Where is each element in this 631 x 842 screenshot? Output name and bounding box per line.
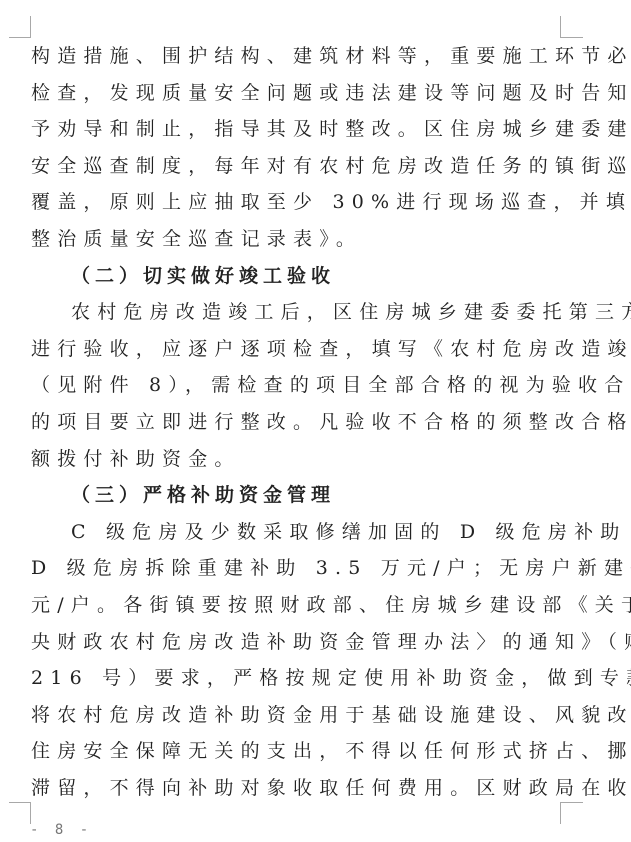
document-body: 构造措施、围护结构、建筑材料等，重要施工环节必须实行现场 检查，发现质量安全问题… (31, 38, 559, 806)
section-heading-acceptance: （二）切实做好竣工验收 (31, 258, 559, 295)
corner-mark-bottom-left (9, 802, 31, 824)
paragraph-line: 检查，发现质量安全问题或违法建设等问题及时告知农户，并给 (31, 75, 559, 112)
paragraph-line: 滞留，不得向补助对象收取任何费用。区财政局在收到拨付资金 (31, 770, 559, 807)
paragraph-line: D 级危房拆除重建补助 3.5 万元/户；无房户新建住房补助 3.5 万 (31, 550, 559, 587)
paragraph-line: 元/户。各街镇要按照财政部、住房城乡建设部《关于印发〈中 (31, 587, 559, 624)
paragraph-line: 额拨付补助资金。 (31, 441, 559, 478)
paragraph-line: 216 号）要求，严格按规定使用补助资金，做到专款专用，不得 (31, 660, 559, 697)
paragraph-line: 予劝导和制止，指导其及时整改。区住房城乡建委建立现场质量 (31, 111, 559, 148)
paragraph-line: 覆盖，原则上应抽取至少 30%进行现场巡查，并填写《农村危房 (31, 184, 559, 221)
paragraph-line: 整治质量安全巡查记录表》。 (31, 221, 559, 258)
paragraph-line: 进行验收，应逐户逐项检查，填写《农村危房改造竣工验收表》 (31, 331, 559, 368)
paragraph-line: 将农村危房改造补助资金用于基础设施建设、风貌改造等与基本 (31, 697, 559, 734)
paragraph-line: （见附件 8），需检查的项目全部合格的视为验收合格，不合格 (31, 367, 559, 404)
page-number: - 8 - (30, 822, 92, 838)
paragraph-line: 构造措施、围护结构、建筑材料等，重要施工环节必须实行现场 (31, 38, 559, 75)
paragraph-line: C 级危房及少数采取修缮加固的 D 级危房补助 0.75 万元/户； (31, 514, 559, 551)
section-heading-funds: （三）严格补助资金管理 (31, 477, 559, 514)
paragraph-line: 的项目要立即进行整改。凡验收不合格的须整改合格后，才能全 (31, 404, 559, 441)
paragraph-line: 安全巡查制度，每年对有农村危房改造任务的镇街巡查要实现全 (31, 148, 559, 185)
corner-mark-top-left (9, 16, 31, 38)
paragraph-line: 住房安全保障无关的支出，不得以任何形式挤占、挪用、截留和 (31, 733, 559, 770)
paragraph-line: 农村危房改造竣工后，区住房城乡建委委托第三方专业机构 (31, 294, 559, 331)
corner-mark-top-right (560, 16, 583, 38)
paragraph-line: 央财政农村危房改造补助资金管理办法〉的通知》（财社〔2016〕 (31, 624, 559, 661)
corner-mark-bottom-right (560, 802, 583, 824)
